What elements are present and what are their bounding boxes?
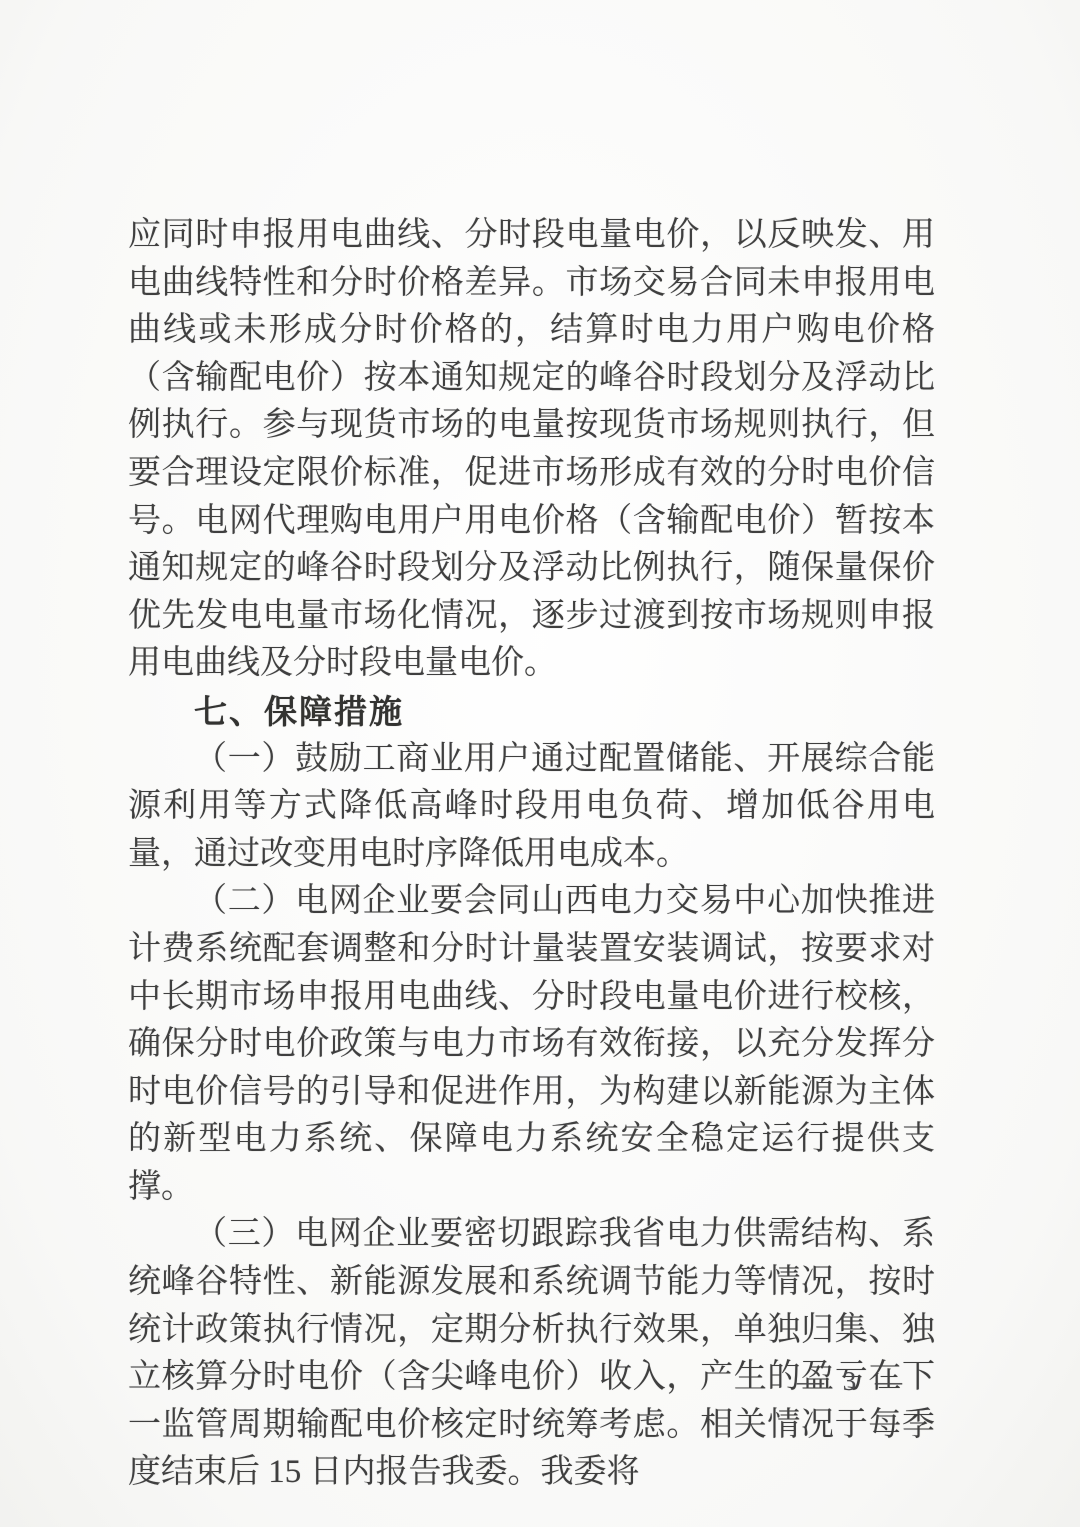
document-body: 应同时申报用电曲线、分时段电量电价，以反映发、用电曲线特性和分时价格差异。市场交… [128,212,935,1497]
scanned-document-page: 应同时申报用电曲线、分时段电量电价，以反映发、用电曲线特性和分时价格差异。市场交… [0,0,1080,1527]
continuation-paragraph: 应同时申报用电曲线、分时段电量电价，以反映发、用电曲线特性和分时价格差异。市场交… [128,212,935,688]
page-number: — 3 — [797,1366,908,1397]
list-item-2: （二）电网企业要会同山西电力交易中心加快推进计费系统配套调整和分时计量装置安装调… [128,878,935,1211]
list-item-3: （三）电网企业要密切跟踪我省电力供需结构、系统峰谷特性、新能源发展和系统调节能力… [128,1211,935,1497]
list-item-1: （一）鼓励工商业用户通过配置储能、开展综合能源利用等方式降低高峰时段用电负荷、增… [128,736,935,879]
section-heading: 七、保障措施 [128,688,935,736]
